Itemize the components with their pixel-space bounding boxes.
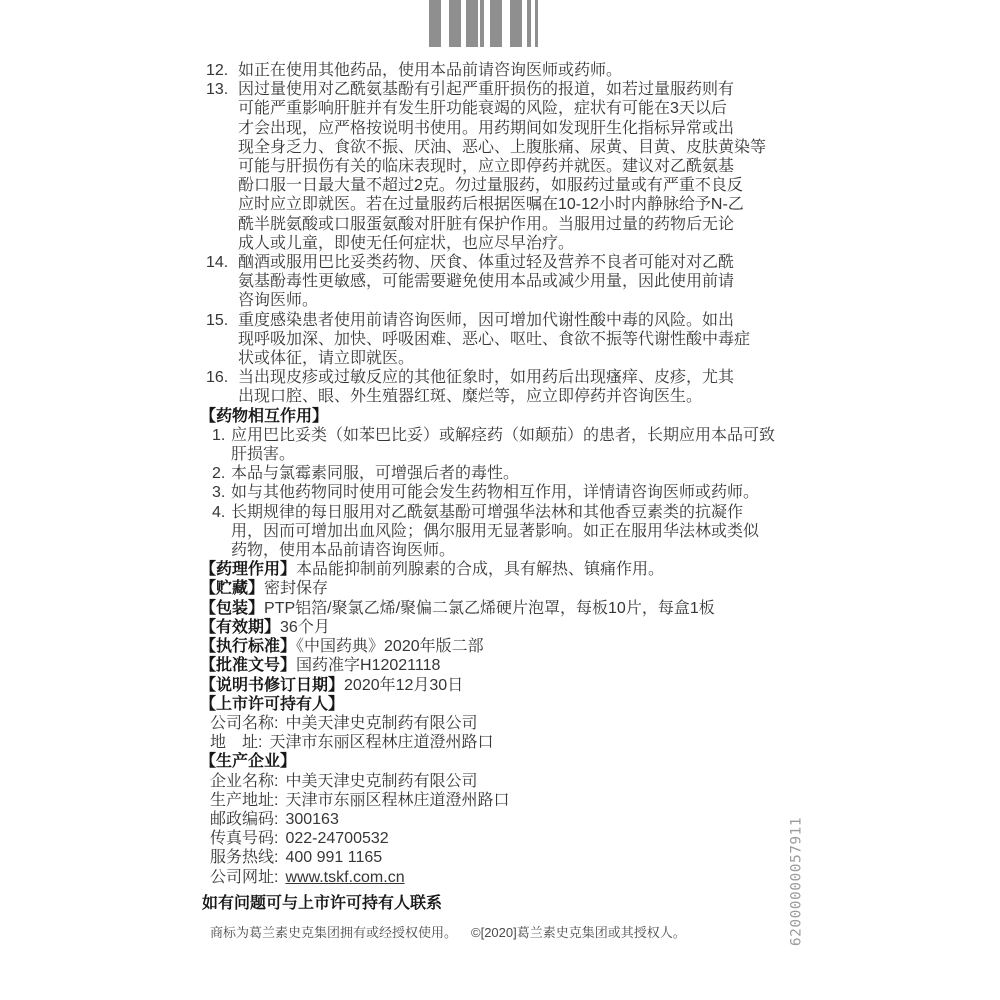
section-heading-interactions: 【药物相互作用】 bbox=[200, 407, 840, 426]
manufacturer-name: 企业名称:中美天津史克制药有限公司 bbox=[200, 772, 840, 791]
text-line: 氨基酚毒性更敏感，可能需要避免使用本品或减少用量，因此使用前请 bbox=[238, 272, 840, 291]
info-label: 生产地址: bbox=[210, 792, 278, 809]
text-line: 药物，使用本品前请咨询医师。 bbox=[231, 541, 840, 560]
info-label: 传真号码: bbox=[210, 830, 278, 847]
text-line: 咨询医师。 bbox=[238, 291, 840, 310]
fax-number: 传真号码:022-24700532 bbox=[200, 829, 840, 848]
text-line: 肝损害。 bbox=[231, 445, 840, 464]
section-text: 本品能抑制前列腺素的合成，具有解热、镇痛作用。 bbox=[296, 561, 664, 578]
section-text: 2020年12月30日 bbox=[344, 677, 463, 694]
item-number: 13. bbox=[206, 80, 228, 99]
info-value: 天津市东丽区程林庄道澄州路口 bbox=[285, 792, 509, 809]
section-text: 国药准字H12021118 bbox=[296, 657, 440, 674]
text-line: 长期规律的每日服用对乙酰氨基酚可增强华法林和其他香豆素类的抗凝作 bbox=[231, 503, 840, 522]
trademark-text: 商标为葛兰素史克集团拥有或经授权使用。 bbox=[210, 925, 457, 940]
precaution-item-12: 12. 如正在使用其他药品，使用本品前请咨询医师或药师。 bbox=[200, 61, 840, 80]
interaction-item-4: 4. 长期规律的每日服用对乙酰氨基酚可增强华法林和其他香豆素类的抗凝作 用，因而… bbox=[200, 503, 840, 561]
text-line: 如与其他药物同时使用可能会发生药物相互作用，详情请咨询医师或药师。 bbox=[231, 483, 840, 502]
item-number: 14. bbox=[206, 253, 228, 272]
section-packaging: 【包装】PTP铝箔/聚氯乙烯/聚偏二氯乙烯硬片泡罩，每板10片，每盒1板 bbox=[200, 599, 840, 618]
precaution-item-13: 13. 因过量使用对乙酰氨基酚有引起严重肝损伤的报道，如若过量服药则有 可能严重… bbox=[200, 80, 840, 253]
section-shelf-life: 【有效期】36个月 bbox=[200, 618, 840, 637]
text-line: 成人或儿童，即使无任何症状，也应尽早治疗。 bbox=[238, 234, 840, 253]
interaction-item-3: 3. 如与其他药物同时使用可能会发生药物相互作用，详情请咨询医师或药师。 bbox=[200, 483, 840, 502]
text-line: 如正在使用其他药品，使用本品前请咨询医师或药师。 bbox=[238, 61, 840, 80]
info-label: 企业名称: bbox=[210, 773, 278, 790]
company-website: 公司网址:www.tskf.com.cn bbox=[200, 868, 840, 887]
text-line: 可能与肝损伤有关的临床表现时，应立即停药并就医。建议对乙酰氨基 bbox=[238, 157, 840, 176]
section-text: PTP铝箔/聚氯乙烯/聚偏二氯乙烯硬片泡罩，每板10片，每盒1板 bbox=[264, 600, 715, 617]
precaution-item-16: 16. 当出现皮疹或过敏反应的其他征象时，如用药后出现瘙痒、皮疹，尤其 出现口腔… bbox=[200, 368, 840, 406]
info-value: 022-24700532 bbox=[285, 830, 388, 847]
text-line: 应时应立即就医。若在过量服药后根据医嘱在10-12小时内静脉给予N-乙 bbox=[238, 195, 840, 214]
item-number: 12. bbox=[206, 61, 228, 80]
section-text: 36个月 bbox=[280, 619, 330, 636]
text-line: 现呼吸加深、加快、呼吸困难、恶心、呕吐、食欲不振等代谢性酸中毒症 bbox=[238, 330, 840, 349]
info-value: 300163 bbox=[285, 811, 338, 828]
section-storage: 【贮藏】密封保存 bbox=[200, 579, 840, 598]
info-value: 天津市东丽区程林庄道澄州路口 bbox=[269, 734, 493, 751]
item-number: 2. bbox=[212, 464, 225, 483]
item-number: 1. bbox=[212, 426, 225, 445]
contact-note: 如有问题可与上市许可持有人联系 bbox=[200, 894, 840, 913]
holder-company-name: 公司名称:中美天津史克制药有限公司 bbox=[200, 714, 840, 733]
section-revision-date: 【说明书修订日期】2020年12月30日 bbox=[200, 676, 840, 695]
text-line: 酰半胱氨酸或口服蛋氨酸对肝脏有保护作用。当服用过量的药物后无论 bbox=[238, 215, 840, 234]
section-heading-manufacturer: 【生产企业】 bbox=[200, 752, 840, 771]
item-number: 16. bbox=[206, 368, 228, 387]
info-label: 服务热线: bbox=[210, 849, 278, 866]
barcode bbox=[429, 0, 538, 47]
section-standard: 【执行标准】《中国药典》2020年版二部 bbox=[200, 637, 840, 656]
info-label: 公司网址: bbox=[210, 869, 278, 886]
section-heading-holder: 【上市许可持有人】 bbox=[200, 695, 840, 714]
section-label: 【执行标准】 bbox=[200, 638, 296, 655]
info-value: 中美天津史克制药有限公司 bbox=[285, 715, 477, 732]
text-line: 出现口腔、眼、外生殖器红斑、糜烂等，应立即停药并咨询医生。 bbox=[238, 387, 840, 406]
section-label: 【批准文号】 bbox=[200, 657, 296, 674]
postal-code: 邮政编码:300163 bbox=[200, 810, 840, 829]
precaution-item-15: 15. 重度感染患者使用前请咨询医师，因可增加代谢性酸中毒的风险。如出 现呼吸加… bbox=[200, 311, 840, 369]
text-line: 酚口服一日最大量不超过2克。勿过量服药，如服药过量或有严重不良反 bbox=[238, 176, 840, 195]
precaution-item-14: 14. 酗酒或服用巴比妥类药物、厌食、体重过轻及营养不良者可能对对乙酰 氨基酚毒… bbox=[200, 253, 840, 311]
manufacturer-address: 生产地址:天津市东丽区程林庄道澄州路口 bbox=[200, 791, 840, 810]
copyright-text: ©[2020]葛兰素史克集团或其授权人。 bbox=[471, 925, 686, 940]
interaction-item-1: 1. 应用巴比妥类（如苯巴比妥）或解痉药（如颠茄）的患者，长期应用本品可致 肝损… bbox=[200, 426, 840, 464]
info-value: 中美天津史克制药有限公司 bbox=[285, 773, 477, 790]
trademark-note: 商标为葛兰素史克集团拥有或经授权使用。©[2020]葛兰素史克集团或其授权人。 bbox=[200, 923, 840, 942]
holder-address: 地 址:天津市东丽区程林庄道澄州路口 bbox=[200, 733, 840, 752]
section-label: 【药理作用】 bbox=[200, 561, 296, 578]
text-line: 因过量使用对乙酰氨基酚有引起严重肝损伤的报道，如若过量服药则有 bbox=[238, 80, 840, 99]
text-line: 可能严重影响肝脏并有发生肝功能衰竭的风险，症状有可能在3天以后 bbox=[238, 99, 840, 118]
section-pharmacology: 【药理作用】本品能抑制前列腺素的合成，具有解热、镇痛作用。 bbox=[200, 560, 840, 579]
section-text: 密封保存 bbox=[264, 580, 328, 597]
section-label: 【说明书修订日期】 bbox=[200, 677, 344, 694]
text-line: 现全身乏力、食欲不振、厌油、恶心、上腹胀痛、尿黄、目黄、皮肤黄染等 bbox=[238, 138, 840, 157]
section-label: 【有效期】 bbox=[200, 619, 280, 636]
item-number: 4. bbox=[212, 503, 225, 522]
text-line: 才会出现，应严格按说明书使用。用药期间如发现肝生化指标异常或出 bbox=[238, 119, 840, 138]
info-value: 400 991 1165 bbox=[285, 849, 382, 866]
section-label: 【包装】 bbox=[200, 600, 264, 617]
text-line: 酗酒或服用巴比妥类药物、厌食、体重过轻及营养不良者可能对对乙酰 bbox=[238, 253, 840, 272]
text-line: 当出现皮疹或过敏反应的其他征象时，如用药后出现瘙痒、皮疹，尤其 bbox=[238, 368, 840, 387]
text-line: 状或体征，请立即就医。 bbox=[238, 349, 840, 368]
service-hotline: 服务热线:400 991 1165 bbox=[200, 848, 840, 867]
section-approval-number: 【批准文号】国药准字H12021118 bbox=[200, 656, 840, 675]
interaction-item-2: 2. 本品与氯霉素同服，可增强后者的毒性。 bbox=[200, 464, 840, 483]
leaflet-text-column: 12. 如正在使用其他药品，使用本品前请咨询医师或药师。 13. 因过量使用对乙… bbox=[200, 61, 840, 942]
info-label: 地 址: bbox=[210, 734, 262, 751]
info-label: 邮政编码: bbox=[210, 811, 278, 828]
website-url: www.tskf.com.cn bbox=[285, 869, 404, 886]
text-line: 重度感染患者使用前请咨询医师，因可增加代谢性酸中毒的风险。如出 bbox=[238, 311, 840, 330]
section-label: 【贮藏】 bbox=[200, 580, 264, 597]
text-line: 用，因而可增加出血风险；偶尔服用无显著影响。如正在服用华法林或类似 bbox=[231, 522, 840, 541]
item-number: 15. bbox=[206, 311, 228, 330]
info-label: 公司名称: bbox=[210, 715, 278, 732]
text-line: 应用巴比妥类（如苯巴比妥）或解痉药（如颠茄）的患者，长期应用本品可致 bbox=[231, 426, 840, 445]
item-number: 3. bbox=[212, 483, 225, 502]
section-text: 《中国药典》2020年版二部 bbox=[296, 638, 484, 655]
text-line: 本品与氯霉素同服，可增强后者的毒性。 bbox=[231, 464, 840, 483]
vertical-product-code: 62000000057911 bbox=[789, 812, 806, 952]
